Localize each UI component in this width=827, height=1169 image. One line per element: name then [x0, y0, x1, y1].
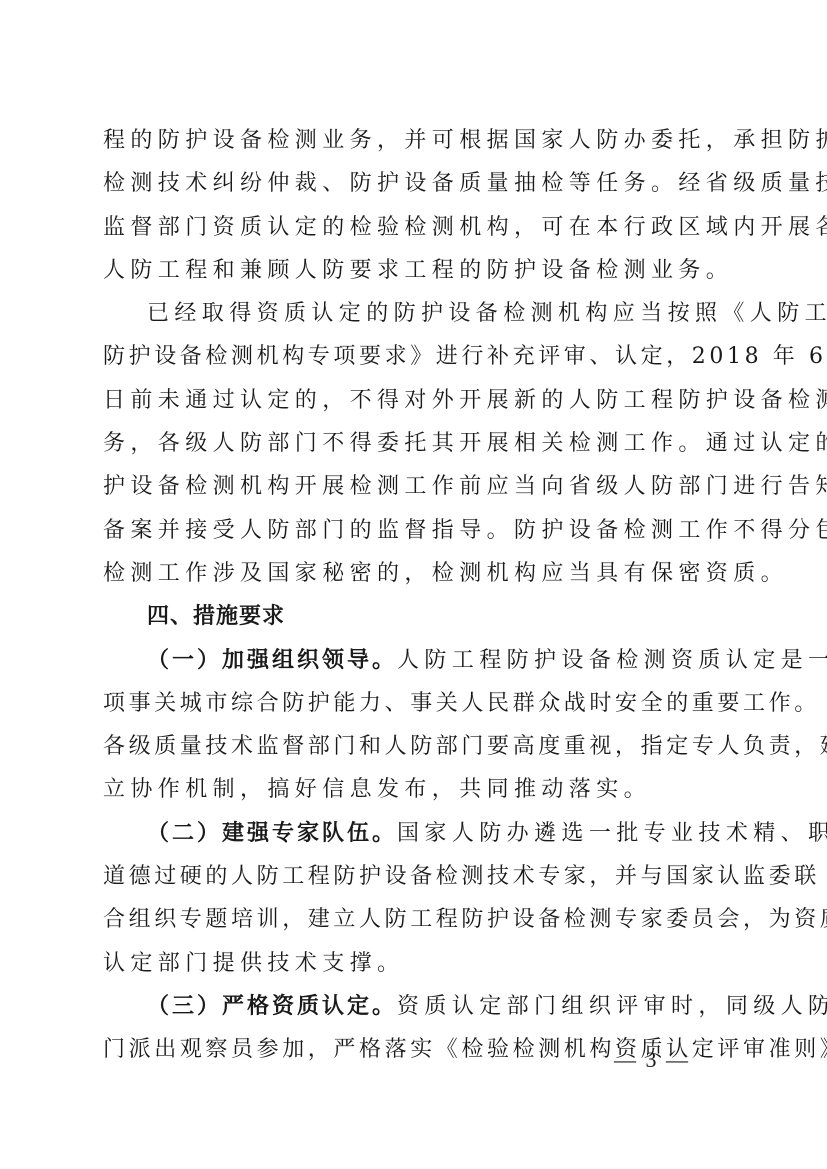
measure-item-3: （三）严格资质认定。资质认定部门组织评审时，同级人防部: [103, 985, 715, 1028]
paragraph-line: 监督部门资质认定的检验检测机构，可在本行政区域内开展各类: [103, 206, 715, 249]
paragraph-line: 认定部门提供技术支撑。: [103, 942, 715, 985]
paragraph-line: 日前未通过认定的，不得对外开展新的人防工程防护设备检测服: [103, 379, 715, 422]
paragraph-line: 立协作机制，搞好信息发布，共同推动落实。: [103, 768, 715, 811]
paragraph-line: 护设备检测机构开展检测工作前应当向省级人防部门进行告知性: [103, 465, 715, 508]
measure-item-2: （二）建强专家队伍。国家人防办遴选一批专业技术精、职业: [103, 812, 715, 855]
document-page: 程的防护设备检测业务，并可根据国家人防办委托，承担防护设备 检测技术纠纷仲裁、防…: [103, 119, 715, 1072]
measure-text: 人防工程防护设备检测资质认定是一: [397, 648, 827, 673]
paragraph-line: 已经取得资质认定的防护设备检测机构应当按照《人防工程: [103, 292, 715, 335]
page-number: — 3 —: [614, 1047, 690, 1073]
measure-title: （二）建强专家队伍。: [147, 820, 397, 846]
paragraph-line: 人防工程和兼顾人防要求工程的防护设备检测业务。: [103, 249, 715, 292]
paragraph-line: 合组织专题培训，建立人防工程防护设备检测专家委员会，为资质: [103, 898, 715, 941]
paragraph-line: 程的防护设备检测业务，并可根据国家人防办委托，承担防护设备: [103, 119, 715, 162]
paragraph-line: 各级质量技术监督部门和人防部门要高度重视，指定专人负责，建: [103, 725, 715, 768]
measure-item-1: （一）加强组织领导。人防工程防护设备检测资质认定是一: [103, 639, 715, 682]
paragraph-line: 项事关城市综合防护能力、事关人民群众战时安全的重要工作。: [103, 682, 715, 725]
section-heading: 四、措施要求: [103, 595, 715, 638]
measure-title: （一）加强组织领导。: [147, 647, 397, 673]
paragraph-line: 务，各级人防部门不得委托其开展相关检测工作。通过认定的防: [103, 422, 715, 465]
paragraph-line: 道德过硬的人防工程防护设备检测技术专家，并与国家认监委联: [103, 855, 715, 898]
paragraph-line: 防护设备检测机构专项要求》进行补充评审、认定，2018 年 6 月 30: [103, 335, 715, 378]
measure-text: 国家人防办遴选一批专业技术精、职业: [397, 821, 827, 846]
measure-text: 资质认定部门组织评审时，同级人防部: [397, 994, 827, 1019]
paragraph-line: 备案并接受人防部门的监督指导。防护设备检测工作不得分包，: [103, 509, 715, 552]
paragraph-line: 检测工作涉及国家秘密的，检测机构应当具有保密资质。: [103, 552, 715, 595]
paragraph-line: 检测技术纠纷仲裁、防护设备质量抽检等任务。经省级质量技术: [103, 162, 715, 205]
measure-title: （三）严格资质认定。: [147, 993, 397, 1019]
